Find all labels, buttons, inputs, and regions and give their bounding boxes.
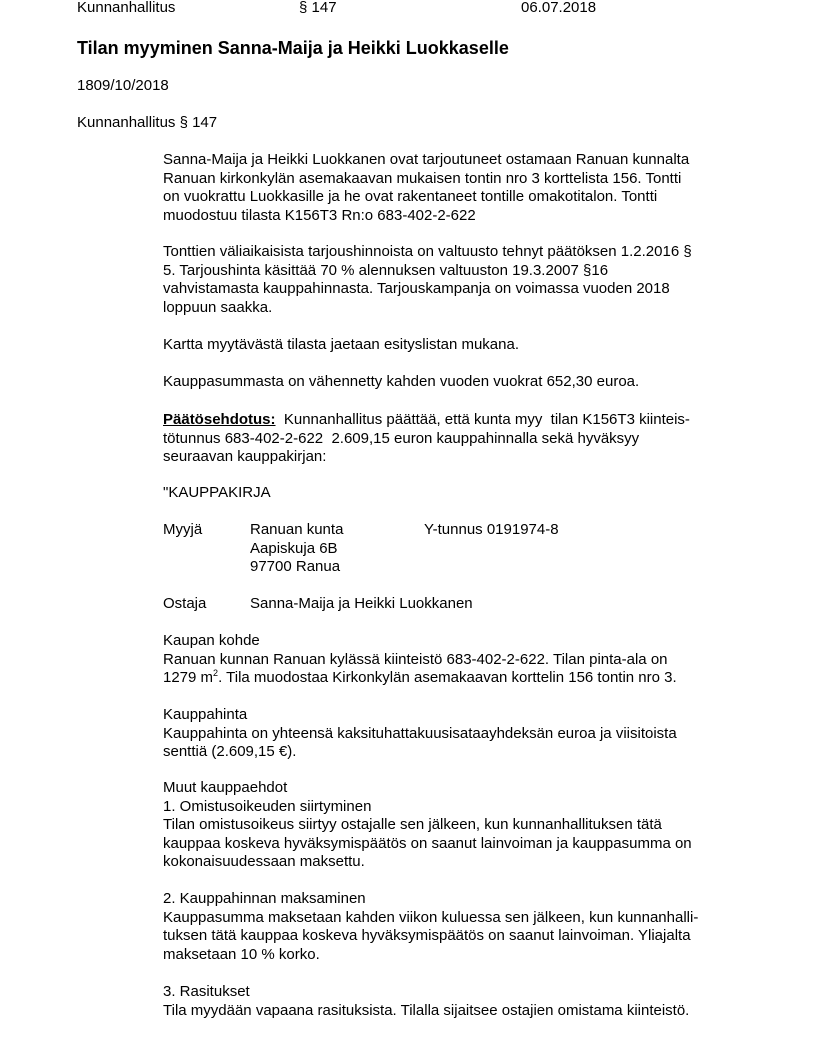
- price-section: Kauppahinta Kauppahinta on yhteensä kaks…: [163, 706, 753, 762]
- seller-business-id: Y-tunnus 0191974-8: [424, 521, 559, 540]
- intro-paragraph-3: Kartta myytävästä tilasta jaetaan esitys…: [163, 336, 753, 355]
- term-3-section: 3. Rasitukset Tila myydään vapaana rasit…: [163, 983, 753, 1020]
- decision-proposal: Päätösehdotus: Kunnanhallitus päättää, e…: [163, 411, 753, 467]
- term-2-section: 2. Kauppahinnan maksaminen Kauppasumma m…: [163, 890, 753, 964]
- proposal-label: Päätösehdotus:: [163, 411, 276, 428]
- reference-number: 1809/10/2018: [77, 76, 169, 96]
- seller-label: Myyjä: [163, 521, 202, 540]
- document-title: Tilan myyminen Sanna-Maija ja Heikki Luo…: [77, 36, 509, 60]
- header-section: § 147: [299, 0, 337, 18]
- section-line: Kunnanhallitus § 147: [77, 113, 217, 133]
- contract-heading: "KAUPPAKIRJA: [163, 484, 271, 503]
- subject-section: Kaupan kohde Ranuan kunnan Ranuan kyläss…: [163, 632, 753, 688]
- header-body-name: Kunnanhallitus: [77, 0, 175, 18]
- intro-paragraph-2: Tonttien väliaikaisista tarjoushinnoista…: [163, 243, 753, 317]
- other-terms-section: Muut kauppaehdot 1. Omistusoikeuden siir…: [163, 779, 753, 872]
- intro-paragraph-4: Kauppasummasta on vähennetty kahden vuod…: [163, 373, 753, 392]
- intro-paragraph-1: Sanna-Maija ja Heikki Luokkanen ovat tar…: [163, 151, 753, 225]
- buyer-name: Sanna-Maija ja Heikki Luokkanen: [250, 595, 473, 614]
- header-date: 06.07.2018: [521, 0, 596, 18]
- seller-address: Ranuan kunta Aapiskuja 6B 97700 Ranua: [250, 521, 343, 577]
- buyer-label: Ostaja: [163, 595, 206, 614]
